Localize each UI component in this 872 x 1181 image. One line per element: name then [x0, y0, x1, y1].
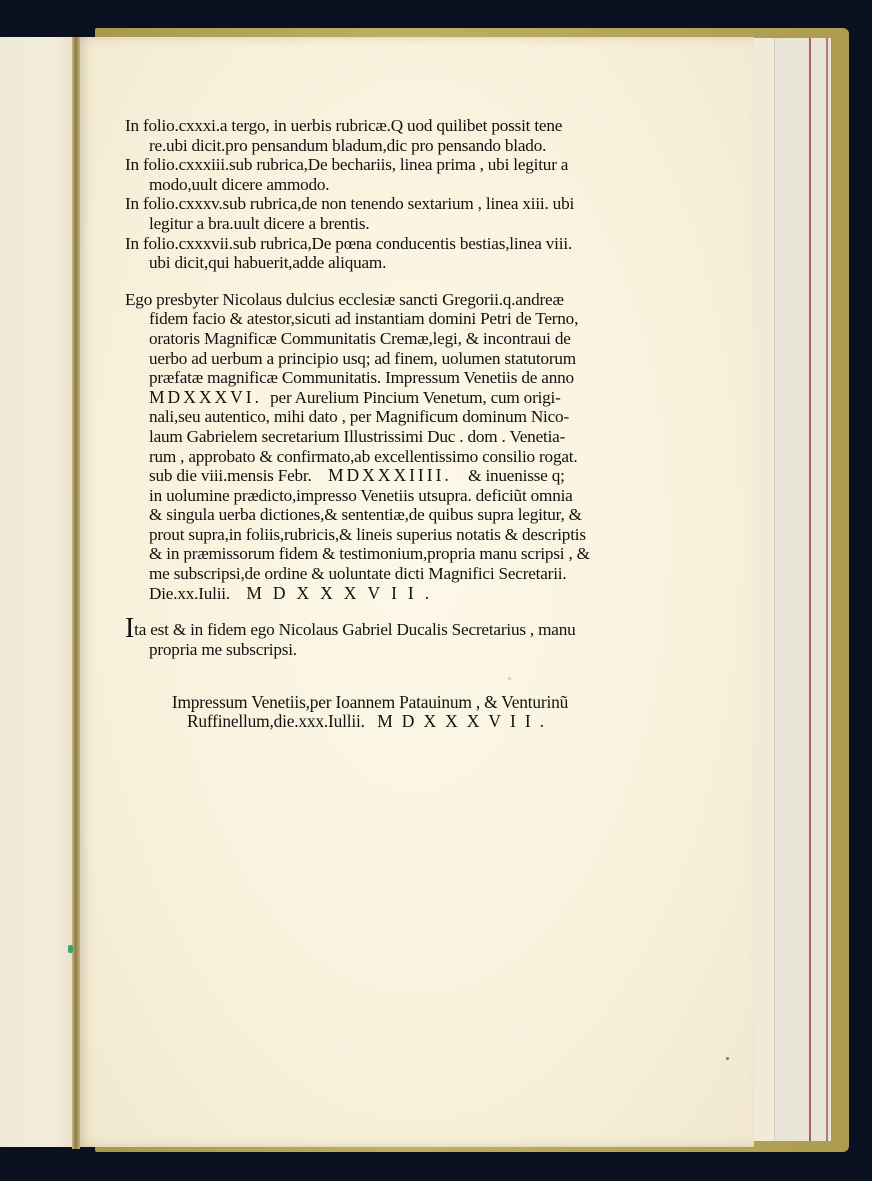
attestation-line: oratoris Magnificæ Communitatis Cremæ,le… — [149, 329, 571, 348]
attestation-line: sub die viii.mensis Febr. — [149, 466, 312, 485]
attestation-line: & in præmissorum fidem & testimonium,pro… — [149, 544, 590, 563]
attestation-line: Die.xx.Iulii. — [149, 584, 230, 603]
paper-speck — [726, 1057, 729, 1060]
errata-line: In folio.cxxxiii.sub rubrica,De becharii… — [125, 155, 568, 174]
paper-speck — [508, 677, 511, 680]
errata-line: legitur a bra.uult dicere a brentis. — [149, 214, 369, 233]
errata-item: In folio.cxxxi.a tergo, in uerbis rubric… — [125, 116, 625, 155]
colophon-line: Impressum Venetiis,per Ioannem Patauinum… — [172, 692, 568, 712]
attestation-line: uerbo ad uerbum a principio usq; ad fine… — [149, 349, 576, 368]
errata-item: In folio.cxxxv.sub rubrica,de non tenend… — [125, 194, 625, 233]
attestation-line: fidem facio & atestor,sicuti ad instanti… — [149, 309, 578, 328]
right-page: In folio.cxxxi.a tergo, in uerbis rubric… — [78, 37, 754, 1147]
attestation-line: per Aurelium Pincium Venetum, cum origi- — [270, 388, 561, 407]
drop-initial: I — [125, 613, 134, 644]
errata-line: ubi dicit,qui habuerit,adde aliquam. — [149, 253, 386, 272]
gutter-thread-mark — [68, 945, 73, 953]
attestation-line: præfatæ magnificæ Communitatis. Impressu… — [149, 368, 574, 387]
colophon: Impressum Venetiis,per Ioannem Patauinum… — [135, 693, 605, 732]
signature-paragraph: Ita est & in fidem ego Nicolaus Gabriel … — [125, 620, 625, 659]
attestation-line: & singula uerba dictiones,& sententiæ,de… — [149, 505, 582, 524]
signature-line: ta est & in fidem ego Nicolaus Gabriel D… — [134, 620, 575, 639]
colophon-year: MDXXXVII. — [377, 711, 553, 731]
attestation-line: Ego presbyter Nicolaus dulcius ecclesiæ … — [125, 290, 564, 309]
book-photograph: In folio.cxxxi.a tergo, in uerbis rubric… — [0, 0, 872, 1181]
attestation-line: in uolumine prædicto,impresso Venetiis u… — [149, 486, 573, 505]
errata-line: modo,uult dicere ammodo. — [149, 175, 329, 194]
attestation-line: laum Gabrielem secretarium Illustrissimi… — [149, 427, 565, 446]
fly-leaf-red-edged — [770, 38, 831, 1141]
errata-line: re.ubi dicit.pro pensandum bladum,dic pr… — [149, 136, 546, 155]
attestation-line: & inuenisse q; — [468, 466, 565, 485]
attestation-paragraph: Ego presbyter Nicolaus dulcius ecclesiæ … — [125, 290, 625, 604]
colophon-line: Ruffinellum,die.xxx.Iullii. — [187, 711, 365, 731]
fly-leaf — [752, 38, 775, 1141]
errata-line: In folio.cxxxv.sub rubrica,de non tenend… — [125, 194, 574, 213]
attestation-line: prout supra,in foliis,rubricis,& lineis … — [149, 525, 586, 544]
errata-line: In folio.cxxxi.a tergo, in uerbis rubric… — [125, 116, 562, 135]
attestation-line: me subscripsi,de ordine & uoluntate dict… — [149, 564, 566, 583]
attestation-line: nali,seu autentico, mihi dato , per Magn… — [149, 407, 569, 426]
left-page-edge — [0, 37, 76, 1147]
year-printed: MDXXXVI. — [149, 387, 262, 407]
year-signed: MDXXXVII. — [246, 583, 440, 603]
errata-line: In folio.cxxxvii.sub rubrica,De pœna con… — [125, 234, 572, 253]
errata-item: In folio.cxxxvii.sub rubrica,De pœna con… — [125, 234, 625, 273]
errata-item: In folio.cxxxiii.sub rubrica,De becharii… — [125, 155, 625, 194]
text-block: In folio.cxxxi.a tergo, in uerbis rubric… — [125, 116, 625, 732]
attestation-line: rum , approbato & confirmato,ab excellen… — [149, 447, 577, 466]
signature-line: propria me subscripsi. — [149, 640, 297, 659]
gutter — [72, 37, 80, 1149]
year-approved: MDXXXIIII. — [328, 465, 452, 485]
